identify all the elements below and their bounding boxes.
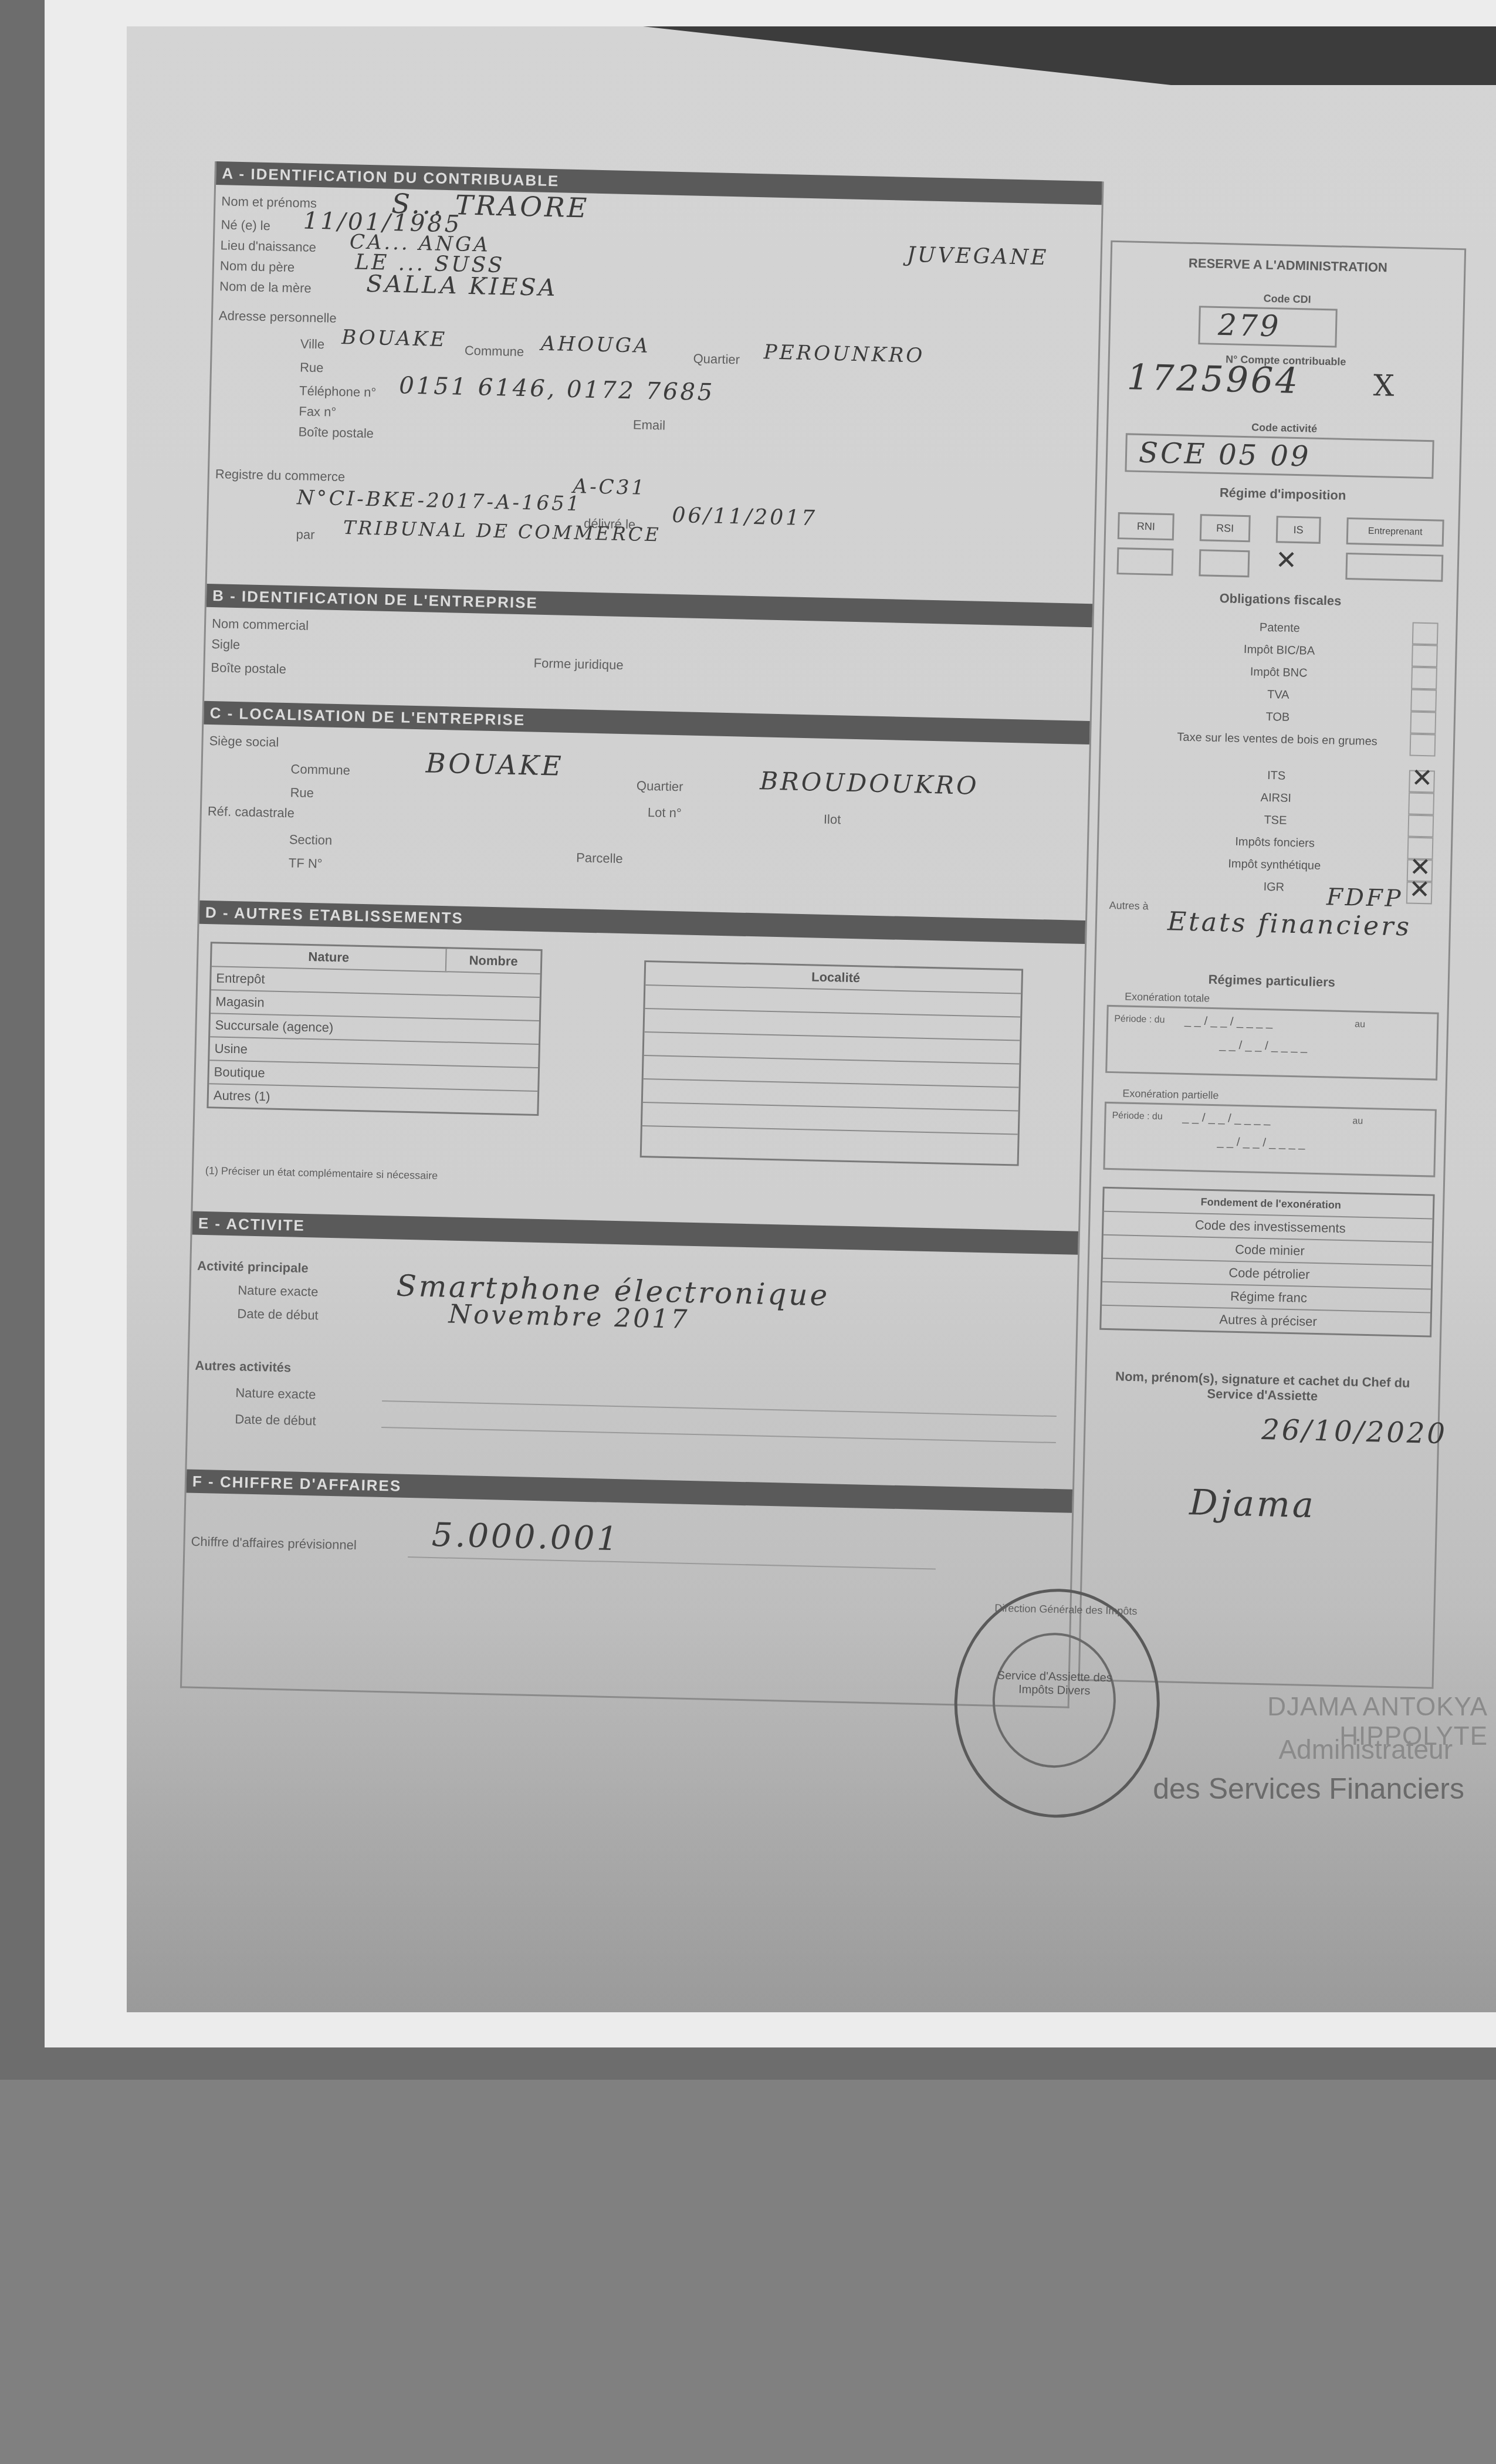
label-date-debut: Date de début bbox=[237, 1306, 319, 1323]
date-to-1[interactable]: _ _ / _ _ / _ _ _ _ bbox=[1219, 1038, 1308, 1054]
value-telephone: 0151 6146, 0172 7685 bbox=[399, 372, 715, 406]
label-ilot: Ilot bbox=[824, 812, 841, 828]
ncc-mark: X bbox=[1373, 368, 1397, 403]
obligation-item: TVA bbox=[1102, 685, 1454, 706]
section-b-header: B - IDENTIFICATION DE L'ENTREPRISE bbox=[207, 584, 1093, 627]
label-au-1: au bbox=[1355, 1019, 1365, 1030]
label-lieu-naissance: Lieu d'naissance bbox=[220, 238, 316, 255]
obligation-item: Impôt BNC bbox=[1103, 662, 1455, 684]
obligation-label: Impôt synthétique bbox=[1228, 857, 1321, 872]
label-boite-postale: Boîte postale bbox=[298, 424, 374, 441]
col-nombre: Nombre bbox=[446, 949, 541, 973]
stamp-center: Service d'Assiette des Impôts Divers bbox=[991, 1632, 1117, 1769]
regime-entreprenant[interactable]: Entreprenant bbox=[1346, 517, 1444, 547]
label-nature-exacte: Nature exacte bbox=[238, 1282, 319, 1299]
value-delivre-le: 06/11/2017 bbox=[672, 503, 817, 531]
label-nom-prenoms: Nom et prénoms bbox=[221, 194, 317, 211]
obligation-item: Taxe sur les ventes de bois en grumes bbox=[1101, 729, 1453, 751]
obligation-item: ITS✕ bbox=[1101, 766, 1453, 787]
label-ref-cadastrale: Réf. cadastrale bbox=[208, 804, 295, 821]
obligation-label: AIRSI bbox=[1260, 791, 1291, 805]
d-footnote: (1) Préciser un état complémentaire si n… bbox=[205, 1165, 438, 1182]
label-ville: Ville bbox=[300, 336, 325, 352]
label-activite-principale: Activité principale bbox=[197, 1258, 309, 1276]
signature: Djama bbox=[1189, 1482, 1316, 1526]
label-date-debut-2: Date de début bbox=[235, 1412, 316, 1429]
stamp-ring-text: Direction Générale des Impôts bbox=[994, 1602, 1138, 1618]
obligation-item: Impôts fonciers bbox=[1099, 832, 1451, 854]
value-code-cdi: 279 bbox=[1217, 308, 1281, 343]
date-to-2[interactable]: _ _ / _ _ / _ _ _ _ bbox=[1217, 1135, 1305, 1150]
date-from-1[interactable]: _ _ / _ _ / _ _ _ _ bbox=[1184, 1014, 1273, 1030]
obligation-label: Patente bbox=[1260, 621, 1300, 635]
code-activite-box: SCE 05 09 bbox=[1125, 433, 1434, 479]
signature-title: Nom, prénom(s), signature et cachet du C… bbox=[1087, 1368, 1439, 1407]
obligation-label: ITS bbox=[1267, 769, 1286, 783]
label-nom-mere: Nom de la mère bbox=[219, 279, 312, 296]
value-commune: AHOUGA bbox=[541, 332, 651, 358]
label-exoneration-totale: Exonération totale bbox=[1125, 991, 1210, 1005]
value-igr-handwritten: FDFP bbox=[1326, 884, 1404, 912]
label-par: par bbox=[296, 527, 314, 543]
obligation-label: Impôt BIC/BA bbox=[1244, 643, 1315, 658]
value-quartier: PEROUNKRO bbox=[763, 340, 925, 367]
label-nom-commercial: Nom commercial bbox=[212, 616, 309, 634]
obligation-checkbox[interactable] bbox=[1410, 711, 1436, 734]
label-quartier: Quartier bbox=[693, 351, 740, 368]
label-c-commune: Commune bbox=[290, 761, 350, 778]
value-ncc: 1725964 bbox=[1126, 357, 1301, 402]
label-fax: Fax n° bbox=[299, 404, 336, 419]
label-periode-1: Période : du bbox=[1114, 1014, 1165, 1025]
obligation-label: TOB bbox=[1265, 710, 1289, 724]
obligation-item: Impôt BIC/BA bbox=[1103, 640, 1455, 662]
label-siege-social: Siège social bbox=[209, 733, 279, 750]
admin-panel-title: RESERVE A L'ADMINISTRATION bbox=[1112, 254, 1464, 277]
regime-rni[interactable]: RNI bbox=[1118, 512, 1175, 540]
label-c-quartier: Quartier bbox=[637, 779, 683, 795]
ca-line bbox=[408, 1556, 936, 1569]
signature-date: 26/10/2020 bbox=[1261, 1413, 1448, 1450]
section-e-header: E - ACTIVITE bbox=[192, 1211, 1078, 1255]
obligation-label: Impôt BNC bbox=[1250, 665, 1308, 679]
value-c-commune: BOUAKE bbox=[425, 747, 564, 781]
section-d-header: D - AUTRES ETABLISSEMENTS bbox=[199, 901, 1086, 944]
obligation-item: TOB bbox=[1102, 707, 1454, 729]
label-b-boite-postale: Boîte postale bbox=[211, 660, 286, 677]
value-lieu-commune: JUVEGANE bbox=[906, 243, 1048, 270]
section-f-header: F - CHIFFRE D'AFFAIRES bbox=[186, 1469, 1072, 1512]
scanned-page: A - IDENTIFICATION DU CONTRIBUABLE Nom e… bbox=[45, 0, 1496, 2047]
obligation-item: Impôt synthétique✕ bbox=[1098, 854, 1450, 876]
localite-table: Localité bbox=[640, 960, 1023, 1166]
fondement-table: Fondement de l'exonération Code des inve… bbox=[1099, 1187, 1434, 1338]
regimes-particuliers-title: Régimes particuliers bbox=[1096, 969, 1448, 993]
obligation-item: AIRSI bbox=[1100, 788, 1452, 810]
label-parcelle: Parcelle bbox=[576, 850, 623, 867]
obligation-checkbox[interactable]: ✕ bbox=[1409, 770, 1435, 793]
label-c-rue: Rue bbox=[290, 785, 314, 801]
obligation-checkbox[interactable] bbox=[1411, 667, 1437, 690]
label-code-cdi: Code CDI bbox=[1111, 289, 1463, 310]
officer-title-1: Administrateur bbox=[1124, 1734, 1453, 1765]
photo-shadow bbox=[643, 26, 1496, 85]
officer-title-2: des Services Financiers bbox=[1065, 1772, 1464, 1806]
obligation-checkbox[interactable] bbox=[1410, 689, 1437, 712]
obligation-checkbox[interactable] bbox=[1412, 622, 1439, 645]
value-registre-suffix: A-C31 bbox=[573, 475, 647, 500]
obligation-label: TVA bbox=[1267, 688, 1289, 702]
label-telephone: Téléphone n° bbox=[299, 383, 377, 400]
label-sigle: Sigle bbox=[211, 637, 240, 652]
obligation-checkbox[interactable]: ✕ bbox=[1406, 881, 1433, 904]
regime-rsi-check[interactable] bbox=[1199, 549, 1250, 577]
exoneration-totale-box: Période : du _ _ / _ _ / _ _ _ _ au _ _ … bbox=[1105, 1005, 1439, 1081]
obligation-checkbox[interactable] bbox=[1410, 733, 1436, 756]
regime-rni-check[interactable] bbox=[1116, 547, 1173, 576]
check-mark-icon: ✕ bbox=[1409, 875, 1431, 905]
obligation-label: IGR bbox=[1263, 881, 1284, 894]
obligation-checkbox[interactable] bbox=[1407, 814, 1434, 837]
label-rue: Rue bbox=[300, 360, 324, 375]
form-left-column: A - IDENTIFICATION DU CONTRIBUABLE Nom e… bbox=[180, 161, 1104, 1708]
obligation-label: TSE bbox=[1264, 814, 1287, 827]
value-code-activite: SCE 05 09 bbox=[1138, 436, 1311, 473]
label-section: Section bbox=[289, 832, 333, 848]
value-date-debut: Novembre 2017 bbox=[448, 1299, 690, 1335]
regime-is-check-mark: ✕ bbox=[1275, 545, 1297, 576]
obligation-checkbox[interactable] bbox=[1408, 792, 1434, 815]
date-debut-2-line bbox=[381, 1427, 1056, 1443]
regime-rsi[interactable]: RSI bbox=[1200, 514, 1251, 542]
value-c-quartier: BROUDOUKRO bbox=[760, 766, 979, 800]
label-ne-le: Né (e) le bbox=[221, 217, 270, 233]
etablissements-table: Nature Nombre Entrepôt Magasin Succursal… bbox=[207, 942, 542, 1116]
obligation-item: Patente bbox=[1104, 618, 1456, 639]
label-tf: TF N° bbox=[289, 855, 323, 871]
value-ville: BOUAKE bbox=[341, 326, 448, 351]
label-ca-previsionnel: Chiffre d'affaires prévisionnel bbox=[191, 1534, 357, 1553]
nature-exacte-2-line bbox=[382, 1400, 1057, 1417]
code-cdi-box: 279 bbox=[1198, 306, 1337, 347]
obligation-label: Impôts fonciers bbox=[1235, 835, 1315, 850]
label-autres: Autres à bbox=[1109, 899, 1149, 913]
check-mark-icon: ✕ bbox=[1411, 763, 1433, 794]
regime-entreprenant-check[interactable] bbox=[1345, 553, 1443, 582]
label-au-2: au bbox=[1352, 1116, 1363, 1126]
tax-registration-form: A - IDENTIFICATION DU CONTRIBUABLE Nom e… bbox=[178, 161, 1475, 1785]
date-from-2[interactable]: _ _ / _ _ / _ _ _ _ bbox=[1182, 1111, 1271, 1126]
value-autres: Etats financiers bbox=[1167, 906, 1412, 942]
obligation-checkbox[interactable] bbox=[1412, 645, 1438, 668]
value-ca-previsionnel: 5.000.001 bbox=[431, 1516, 620, 1558]
obligation-label: Taxe sur les ventes de bois en grumes bbox=[1177, 730, 1377, 748]
label-commune: Commune bbox=[464, 343, 524, 360]
label-lot: Lot n° bbox=[648, 805, 682, 821]
label-nom-pere: Nom du père bbox=[220, 258, 295, 275]
label-autres-activites: Autres activités bbox=[195, 1358, 291, 1376]
exoneration-partielle-box: Période : du _ _ / _ _ / _ _ _ _ au _ _ … bbox=[1103, 1102, 1436, 1177]
document-photo: A - IDENTIFICATION DU CONTRIBUABLE Nom e… bbox=[127, 26, 1496, 2012]
regime-is[interactable]: IS bbox=[1276, 516, 1321, 544]
label-nature-exacte-2: Nature exacte bbox=[235, 1385, 316, 1402]
value-registre-no: N°CI-BKE-2017-A-1651 bbox=[297, 486, 582, 516]
section-c-header: C - LOCALISATION DE L'ENTREPRISE bbox=[204, 701, 1090, 744]
label-periode-2: Période : du bbox=[1112, 1111, 1163, 1122]
obligation-item: TSE bbox=[1099, 810, 1451, 832]
label-email: Email bbox=[633, 417, 666, 433]
obligations-title: Obligations fiscales bbox=[1104, 588, 1456, 612]
obligations-list: PatenteImpôt BIC/BAImpôt BNCTVATOBTaxe s… bbox=[1112, 242, 1464, 251]
stamp-center-text: Service d'Assiette des Impôts Divers bbox=[997, 1669, 1112, 1698]
label-registre: Registre du commerce bbox=[215, 466, 346, 485]
label-exoneration-partielle: Exonération partielle bbox=[1122, 1088, 1219, 1102]
label-forme-juridique: Forme juridique bbox=[533, 656, 623, 673]
label-adresse: Adresse personnelle bbox=[219, 308, 337, 326]
section-a-header: A - IDENTIFICATION DU CONTRIBUABLE bbox=[216, 161, 1102, 205]
col-nature: Nature bbox=[212, 943, 447, 971]
value-nom-mere: SALLA KIESA bbox=[366, 270, 558, 302]
label-regime: Régime d'imposition bbox=[1106, 483, 1458, 506]
admin-panel: RESERVE A L'ADMINISTRATION Code CDI 279 … bbox=[1078, 241, 1467, 1689]
